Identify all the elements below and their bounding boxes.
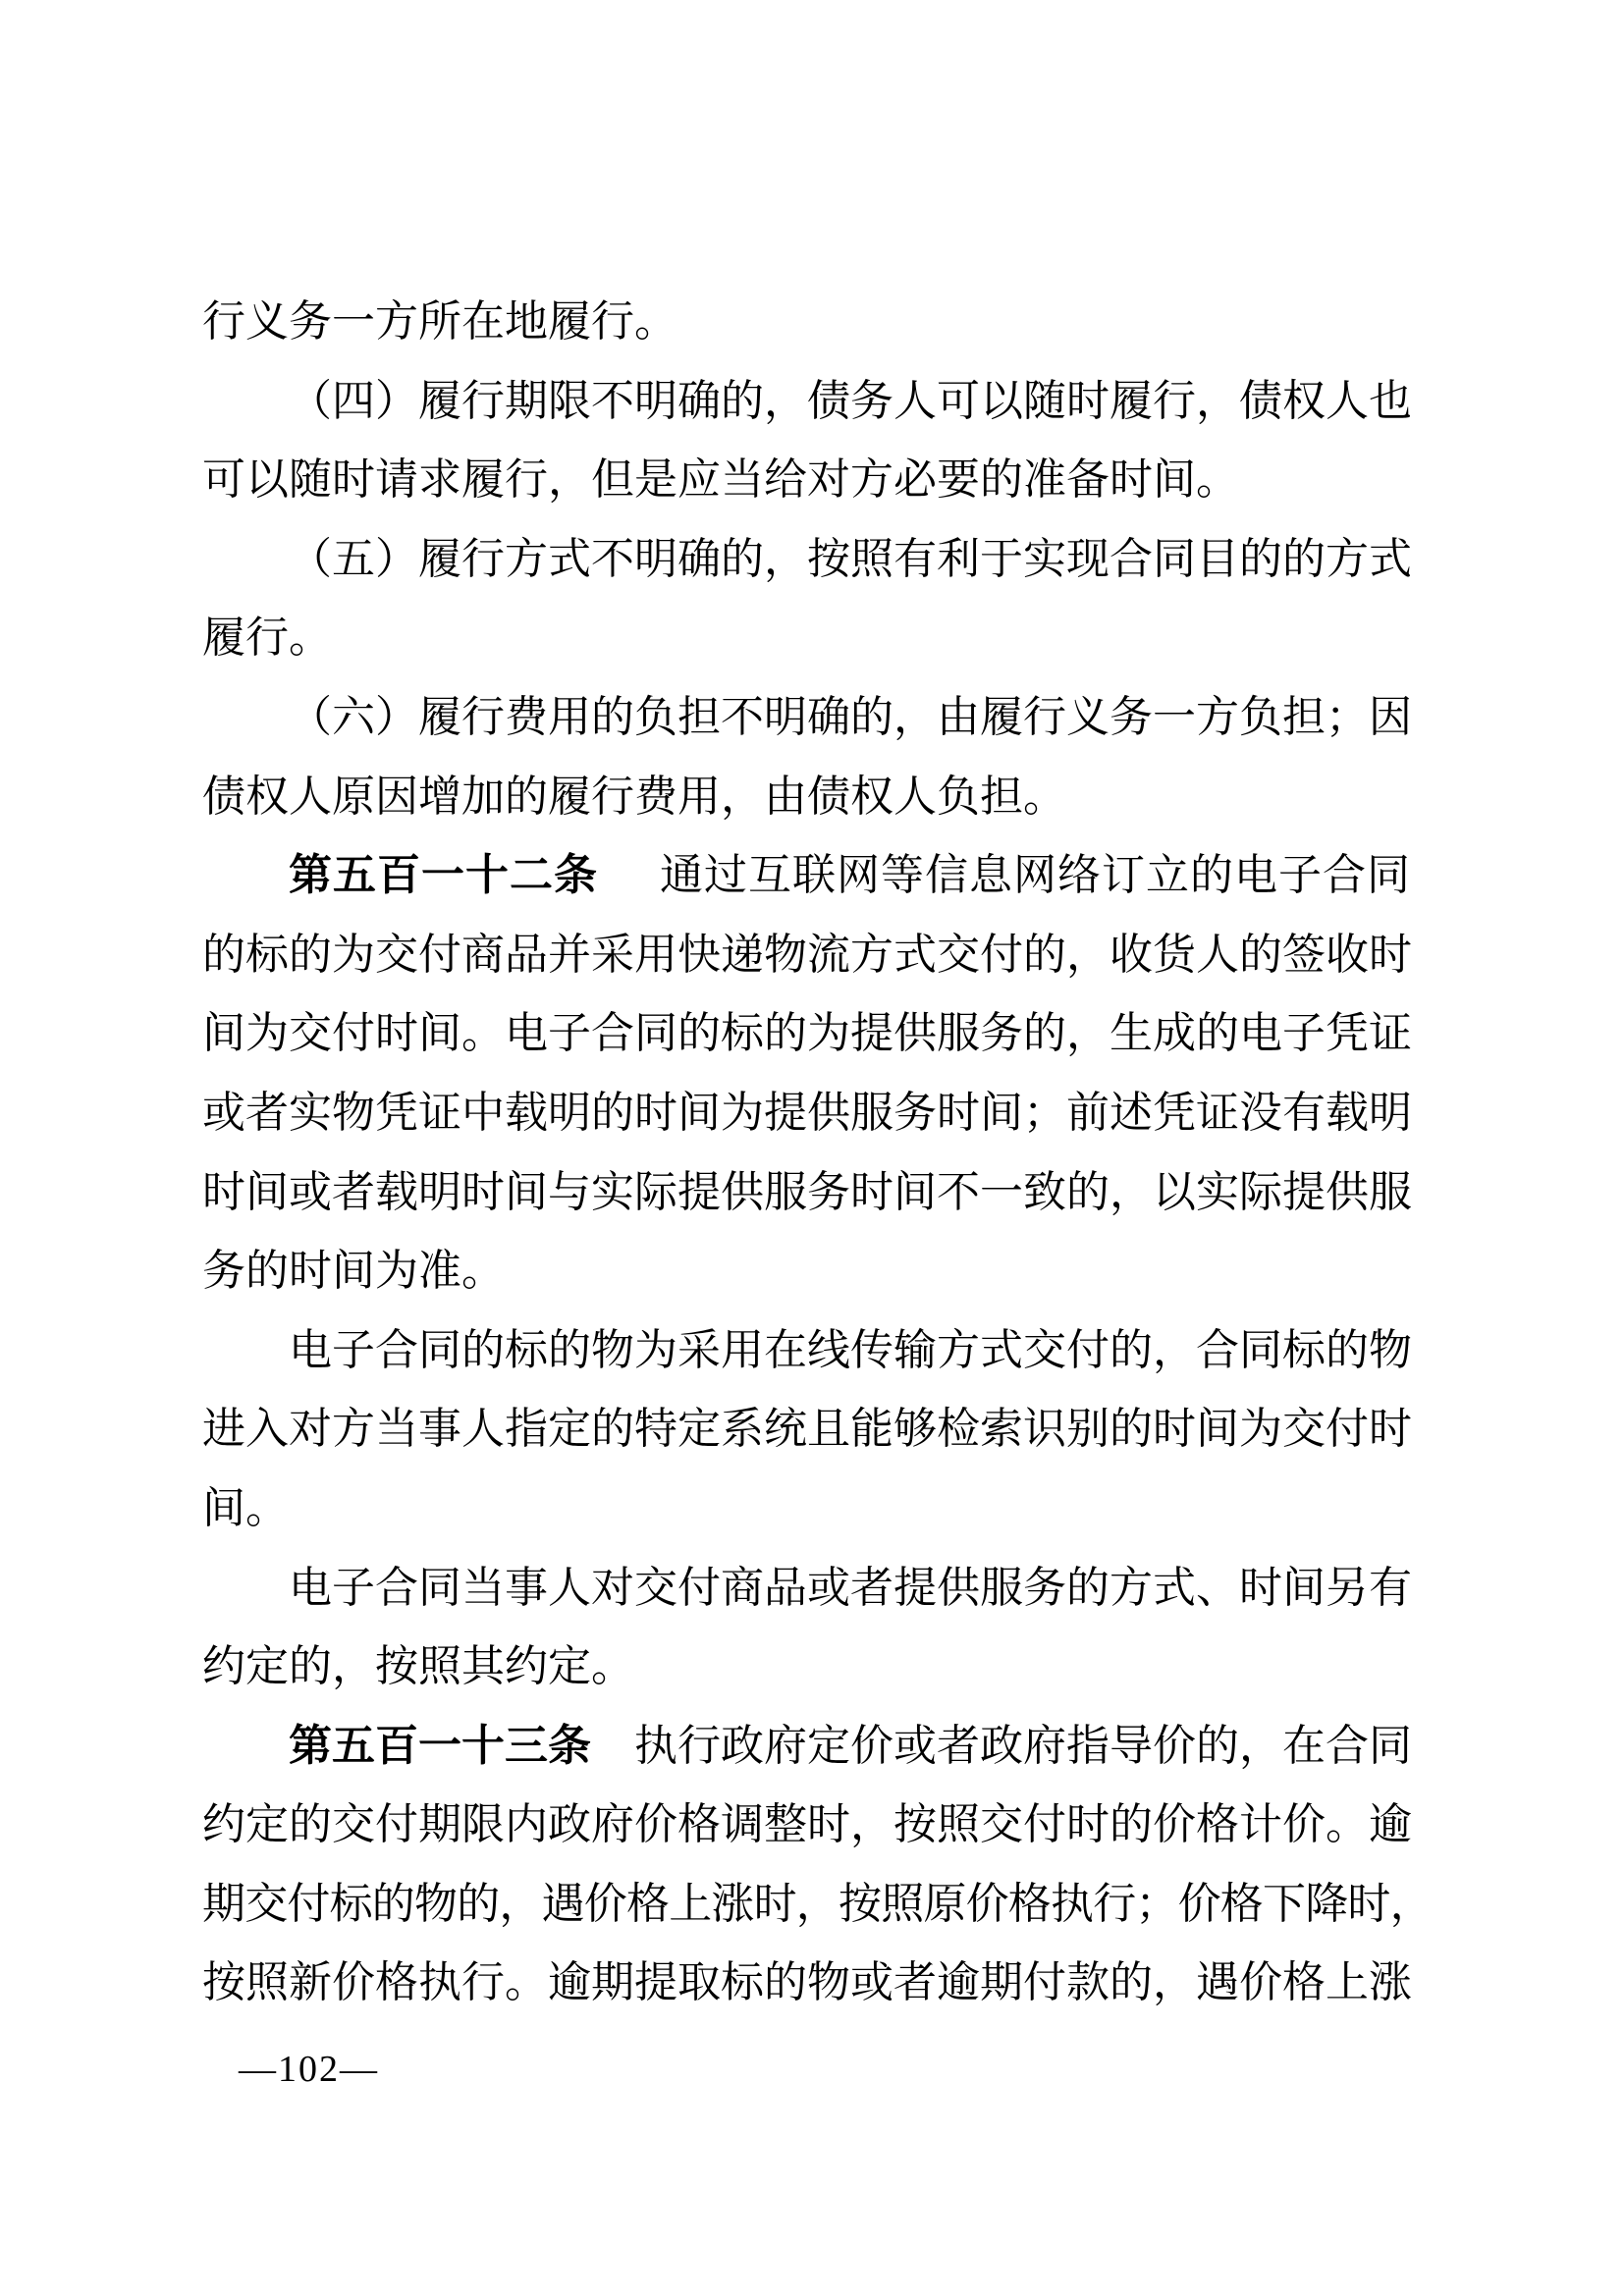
article-number-gap: [598, 888, 660, 889]
text-line: 电子合同当事人对交付商品或者提供服务的方式、时间另有: [202, 1549, 1412, 1629]
article-text: 通过互联网等信息网络订立的电子合同: [660, 851, 1411, 899]
article-number-gap: [591, 1759, 634, 1760]
text-line: 或者实物凭证中载明的时间为提供服务时间；前述凭证没有载明: [202, 1074, 1412, 1153]
document-page: 行义务一方所在地履行。 （四）履行期限不明确的，债务人可以随时履行，债权人也 可…: [0, 0, 1624, 2296]
article-512-heading-line: 第五百一十二条通过互联网等信息网络订立的电子合同: [202, 836, 1412, 916]
text-line: 务的时间为准。: [202, 1232, 1412, 1311]
text-line: （六）履行费用的负担不明确的，由履行义务一方负担；因: [202, 678, 1412, 758]
text-line: 可以随时请求履行，但是应当给对方必要的准备时间。: [202, 441, 1412, 520]
text-line: 的标的为交付商品并采用快递物流方式交付的，收货人的签收时: [202, 916, 1412, 995]
text-line: 电子合同的标的物为采用在线传输方式交付的，合同标的物: [202, 1311, 1412, 1391]
text-line: 行义务一方所在地履行。: [202, 283, 1412, 362]
text-line: 间为交付时间。电子合同的标的为提供服务的，生成的电子凭证: [202, 994, 1412, 1074]
text-line: 履行。: [202, 599, 1412, 678]
text-line: 按照新价格执行。逾期提取标的物或者逾期付款的，遇价格上涨: [202, 1944, 1412, 2023]
text-line: 期交付标的物的，遇价格上涨时，按照原价格执行；价格下降时，: [202, 1865, 1412, 1945]
text-line: 约定的交付期限内政府价格调整时，按照交付时的价格计价。逾: [202, 1786, 1412, 1865]
text-line: 进入对方当事人指定的特定系统且能够检索识别的时间为交付时: [202, 1390, 1412, 1469]
article-number: 第五百一十三条: [289, 1722, 591, 1770]
article-number: 第五百一十二条: [289, 851, 598, 899]
text-line: （五）履行方式不明确的，按照有利于实现合同目的的方式: [202, 520, 1412, 600]
text-line: 时间或者载明时间与实际提供服务时间不一致的，以实际提供服: [202, 1153, 1412, 1233]
article-513-heading-line: 第五百一十三条执行政府定价或者政府指导价的，在合同: [202, 1707, 1412, 1787]
text-line: 债权人原因增加的履行费用，由债权人负担。: [202, 758, 1412, 837]
text-line: （四）履行期限不明确的，债务人可以随时履行，债权人也: [202, 362, 1412, 442]
text-line: 约定的，按照其约定。: [202, 1628, 1412, 1707]
page-number: —102—: [239, 2048, 379, 2091]
article-text: 执行政府定价或者政府指导价的，在合同: [634, 1722, 1412, 1770]
text-line: 间。: [202, 1469, 1412, 1549]
document-text-block: 行义务一方所在地履行。 （四）履行期限不明确的，债务人可以随时履行，债权人也 可…: [202, 283, 1412, 2023]
